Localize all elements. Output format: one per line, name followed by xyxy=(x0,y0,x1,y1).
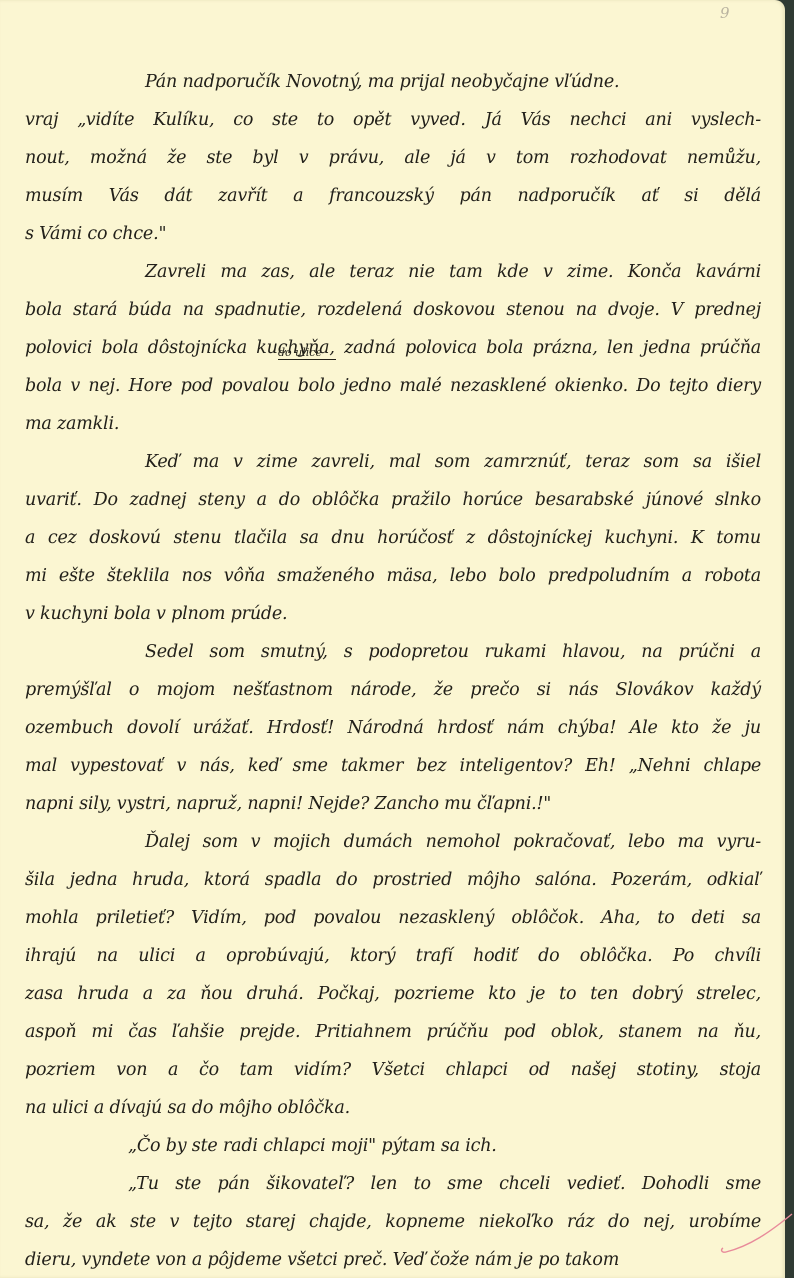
text-line: dieru, vyndete von a pôjdeme všetci preč… xyxy=(25,1250,761,1270)
text-line: Pán nadporučík Novotný, ma prijal neobyč… xyxy=(145,72,761,92)
text-line: na ulici a dívajú sa do môjho oblôčka. xyxy=(25,1098,761,1118)
text-line: pozriem von a čo tam vidím? Všetci chlap… xyxy=(25,1060,761,1080)
text-line: s Vámi co chce." xyxy=(25,224,761,244)
text-line: ozembuch dovolí urážať. Hrdosť! Národná … xyxy=(25,718,761,738)
manuscript-page: 9 Pán nadporučík Novotný, ma prijal neob… xyxy=(0,0,785,1278)
text-line: v kuchyni bola v plnom prúde. xyxy=(25,604,761,624)
text-line: uvariť. Do zadnej steny a do oblôčka pra… xyxy=(25,490,761,510)
text-line: ihrajú na ulici a oprobúvajú, ktorý traf… xyxy=(25,946,761,966)
text-line: a cez doskovú stenu tlačila sa dnu horúč… xyxy=(25,528,761,548)
handwritten-text: Pán nadporučík Novotný, ma prijal neobyč… xyxy=(0,0,785,1278)
interlinear-insertion: do ulice xyxy=(278,346,336,360)
text-line: „Čo by ste radi chlapci moji" pýtam sa i… xyxy=(128,1136,761,1156)
text-line: mal vypestovať v nás, keď sme takmer bez… xyxy=(25,756,761,776)
text-line: Ďalej som v mojich dumách nemohol pokrač… xyxy=(145,832,761,852)
text-line: Sedel som smutný, s podopretou rukami hl… xyxy=(145,642,761,662)
text-line: šila jedna hruda, ktorá spadla do prostr… xyxy=(25,870,761,890)
text-line: nout, možná že ste byl v právu, ale já v… xyxy=(25,148,761,168)
text-line: sa, že ak ste v tejto starej chajde, kop… xyxy=(25,1212,761,1232)
text-line: musím Vás dát zavřít a francouzský pán n… xyxy=(25,186,761,206)
text-line: napni sily, vystri, napruž, napni! Nejde… xyxy=(25,794,761,814)
text-line: vraj „vidíte Kulíku, co ste to opět vyve… xyxy=(25,110,761,130)
text-line: mohla priletieť? Vidím, pod povalou neza… xyxy=(25,908,761,928)
text-line: Keď ma v zime zavreli, mal som zamrznúť,… xyxy=(145,452,761,472)
text-line: bola v nej. Hore pod povalou bolo jedno … xyxy=(25,376,761,396)
text-line: „Tu ste pán šikovateľ? len to sme chceli… xyxy=(128,1174,761,1194)
text-line: mi ešte šteklila nos vôňa smaženého mäsa… xyxy=(25,566,761,586)
red-pencil-mark-icon xyxy=(710,1210,794,1260)
text-line: Zavreli ma zas, ale teraz nie tam kde v … xyxy=(145,262,761,282)
text-line: polovici bola dôstojnícka kuchyňa, zadná… xyxy=(25,338,761,358)
text-line: bola stará búda na spadnutie, rozdelená … xyxy=(25,300,761,320)
text-line: zasa hruda a za ňou druhá. Počkaj, pozri… xyxy=(25,984,761,1004)
text-line: ma zamkli. xyxy=(25,414,761,434)
text-line: premýšľal o mojom nešťastnom národe, že … xyxy=(25,680,761,700)
text-line: aspoň mi čas ľahšie prejde. Pritiahnem p… xyxy=(25,1022,761,1042)
